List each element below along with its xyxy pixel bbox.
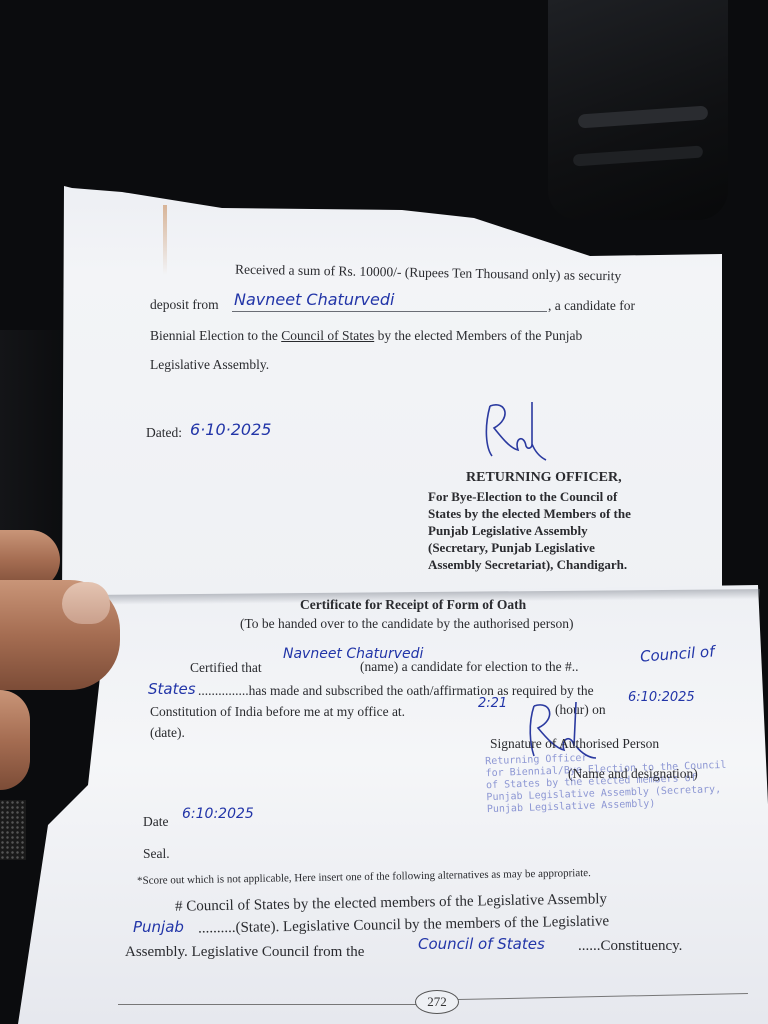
- signature-label: Signature of Authorised Person: [490, 736, 659, 752]
- returning-officer-signature: [480, 398, 550, 468]
- footnote-alt-line-3: Assembly. Legislative Council from the: [125, 944, 364, 961]
- candidate-name-handwritten: Navneet Chaturvedi: [234, 290, 394, 309]
- deposit-from-label: deposit from: [150, 297, 219, 313]
- officer-line-4: (Secretary, Punjab Legislative: [428, 539, 631, 556]
- thumb-nail: [62, 582, 110, 624]
- name-designation-label: (Name and designation): [568, 766, 698, 782]
- officer-line-5: Assembly Secretariat), Chandigarh.: [428, 556, 631, 573]
- certificate-subtitle: (To be handed over to the candidate by t…: [240, 616, 573, 632]
- page-number: 272: [415, 990, 459, 1014]
- certificate-title: Certificate for Receipt of Form of Oath: [300, 597, 526, 613]
- candidate-suffix: , a candidate for: [548, 298, 635, 314]
- certificate-line-2: ...............has made and subscribed t…: [198, 683, 594, 699]
- council-handwritten-2: States: [148, 680, 196, 698]
- footnote-alt-line-3-suffix: ......Constituency.: [578, 938, 682, 955]
- receipt-line-3: Biennial Election to the Council of Stat…: [150, 328, 582, 344]
- constituency-handwritten: Council of States: [418, 935, 545, 953]
- line3-prefix: Biennial Election to the: [150, 328, 278, 343]
- officer-line-1: For Bye-Election to the Council of: [428, 488, 631, 505]
- page-rule-left: [118, 1004, 418, 1005]
- state-handwritten: Punjab: [133, 918, 184, 936]
- glove-fabric: [0, 800, 26, 860]
- hand-finger-lower: [0, 690, 30, 790]
- dated-value-handwritten: 6·10·2025: [190, 420, 271, 439]
- receipt-line-4: Legislative Assembly.: [150, 357, 269, 373]
- officer-title: RETURNING OFFICER,: [466, 470, 622, 486]
- time-handwritten: 2:21: [478, 696, 507, 711]
- name-underline: [232, 311, 547, 312]
- paper-stain: [163, 205, 167, 275]
- name-suffix: (name) a candidate for election to the #…: [360, 659, 579, 675]
- seal-label: Seal.: [143, 846, 170, 862]
- dated-label: Dated:: [146, 425, 182, 441]
- council-of-states-underlined: Council of States: [281, 328, 374, 343]
- officer-line-3: Punjab Legislative Assembly: [428, 522, 631, 539]
- certificate-line-3: Constitution of India before me at my of…: [150, 704, 405, 720]
- officer-designation: For Bye-Election to the Council of State…: [428, 488, 631, 573]
- certificate-line-4: (date).: [150, 725, 185, 741]
- date-value-handwritten: 6:10:2025: [182, 806, 254, 822]
- oath-date-handwritten: 6:10:2025: [628, 690, 695, 705]
- date-label: Date: [143, 814, 168, 830]
- car-seat-background: [548, 0, 728, 220]
- line3-suffix: by the elected Members of the Punjab: [378, 328, 583, 343]
- certified-that-label: Certified that: [190, 660, 262, 676]
- officer-line-2: States by the elected Members of the: [428, 505, 631, 522]
